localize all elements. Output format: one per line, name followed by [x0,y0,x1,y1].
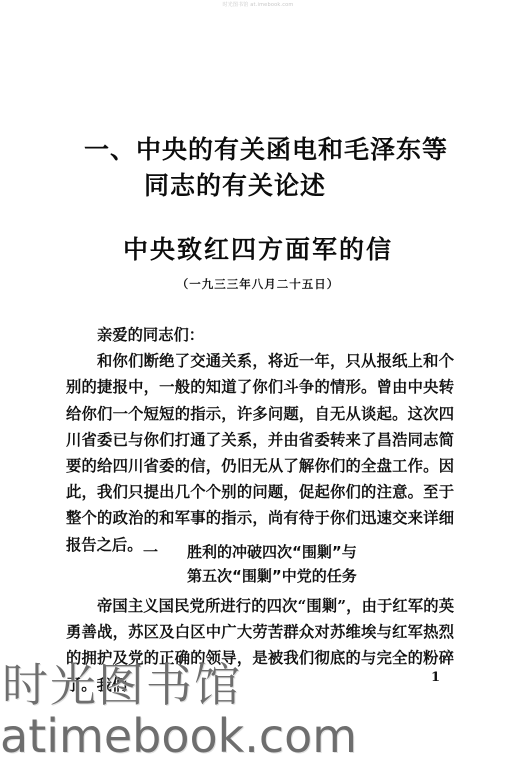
section-title: 一、中央的有关函电和毛泽东等 同志的有关论述 [84,132,448,204]
document-title: 中央致红四方面军的信 [0,230,516,266]
section-title-line1: 一、中央的有关函电和毛泽东等 [84,135,448,164]
paragraph-1: 和你们断绝了交通关系，将近一年，只从报纸上和个别的捷报中，一般的知道了你们斗争的… [66,348,454,558]
subheading-number: 一 [143,540,187,564]
letter-body: 亲爱的同志们： 和你们断绝了交通关系，将近一年，只从报纸上和个别的捷报中，一般的… [66,322,454,558]
page-number: 1 [431,670,440,685]
top-watermark-text: 时光图书馆 at.imebook.com [0,1,516,8]
subheading: 一胜利的冲破四次“围剿”与 第五次“围剿”中党的任务 [143,540,357,588]
subheading-line1: 胜利的冲破四次“围剿”与 [187,543,357,561]
salutation: 亲爱的同志们： [66,322,454,348]
watermark-url: atimebook.com [0,710,357,762]
subheading-line2: 第五次“围剿”中党的任务 [143,564,357,588]
section-title-line2: 同志的有关论述 [84,168,448,204]
document-date: （一九三三年八月二十五日） [0,276,516,292]
watermark-site-name: 时光图书馆 [2,660,242,710]
